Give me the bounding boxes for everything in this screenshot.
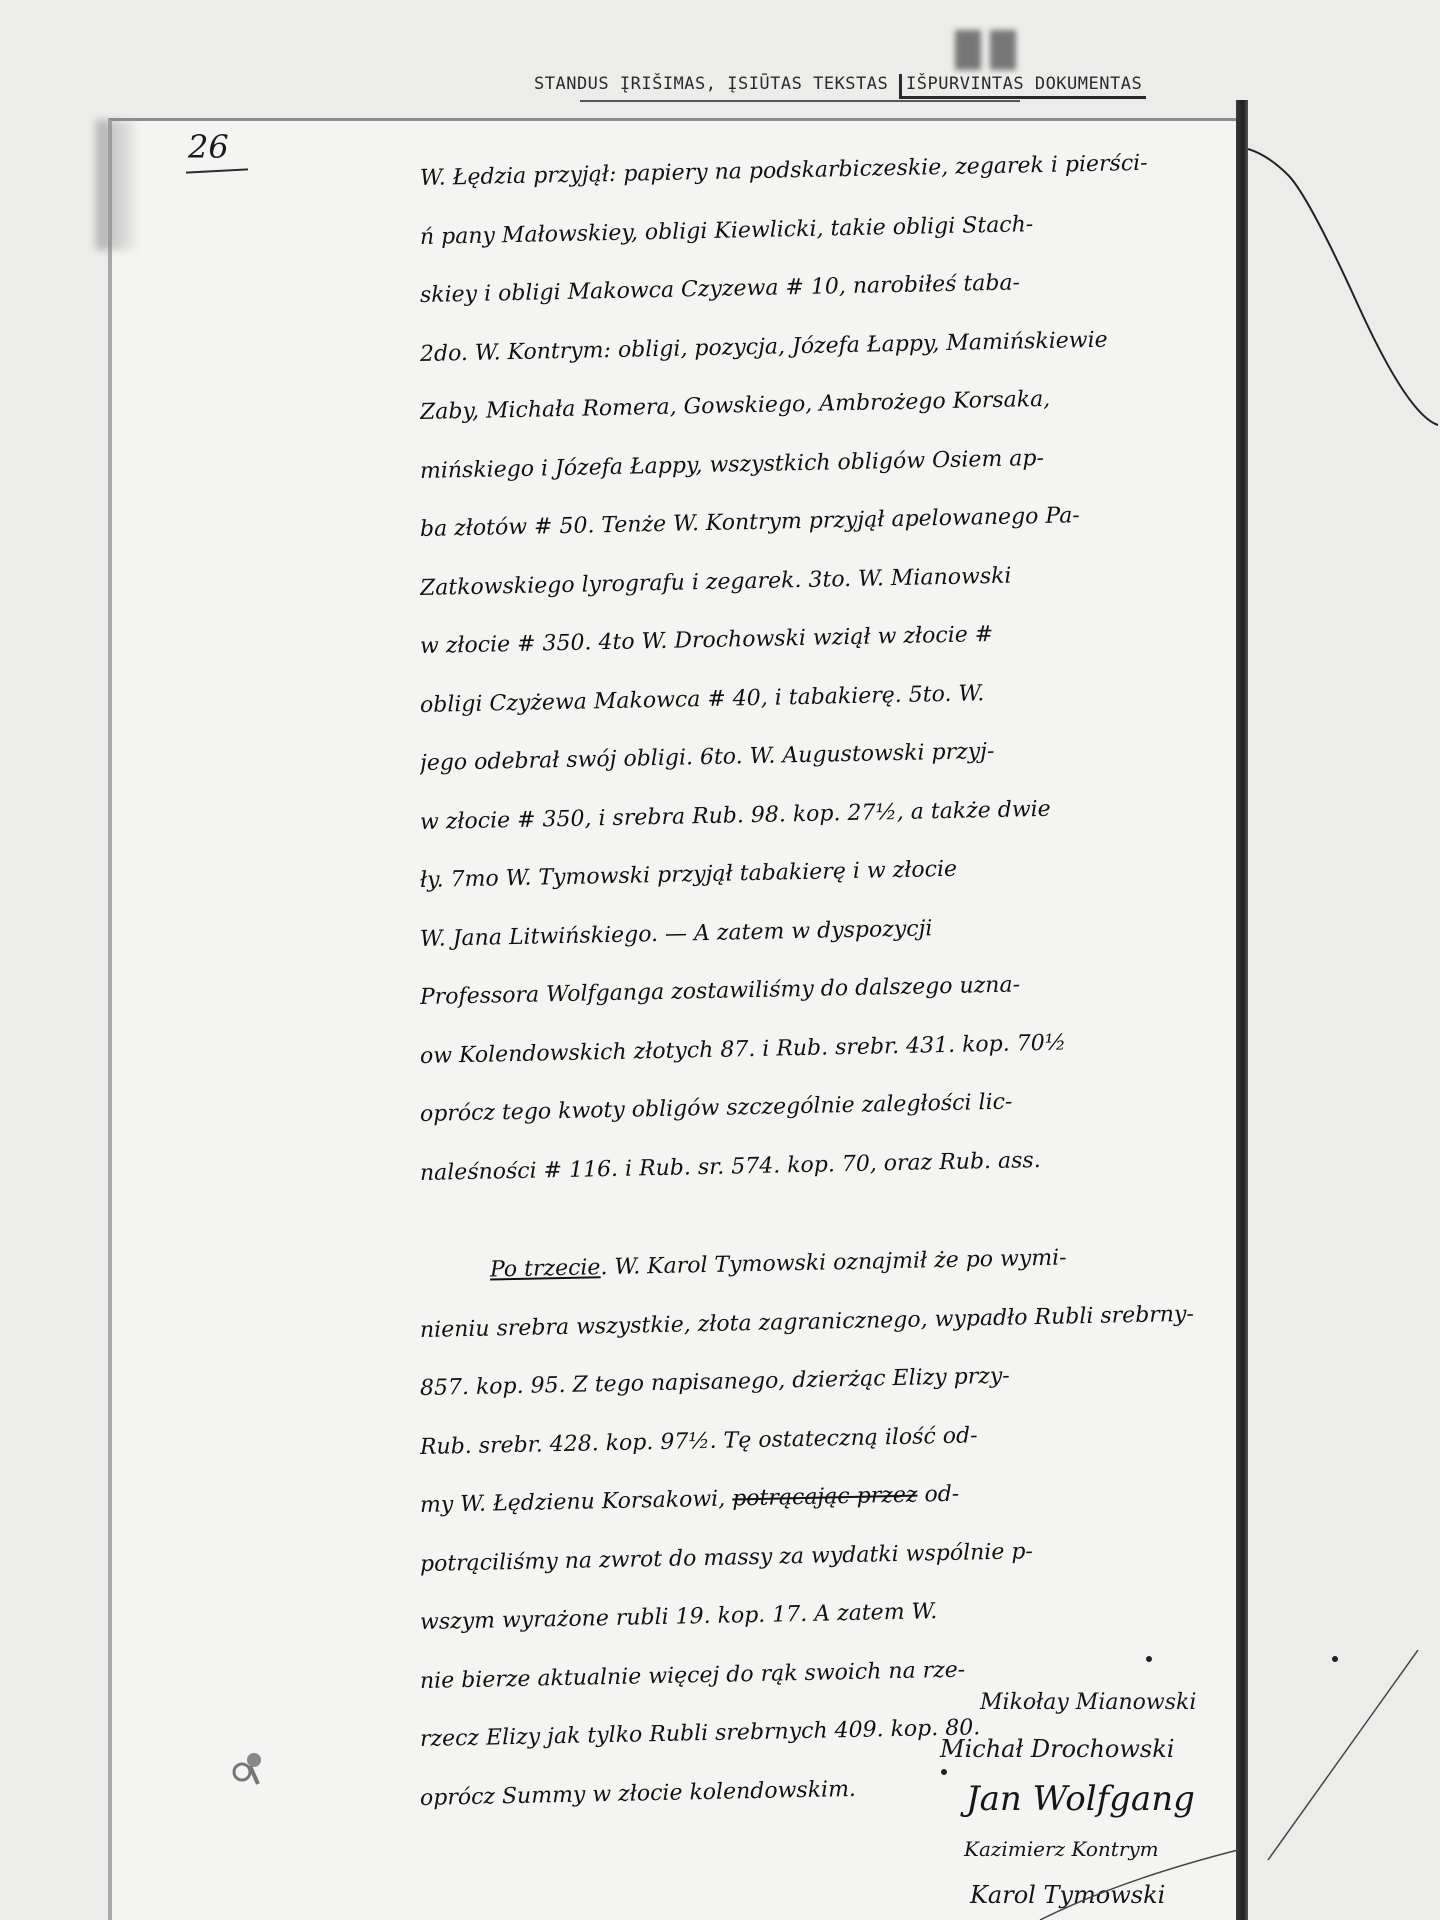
ink-dot [1146, 1656, 1152, 1662]
archival-header-stamp: STANDUS ĮRIŠIMAS, ĮSIŪTAS TEKSTAS IŠPURV… [534, 74, 1146, 94]
binding-smudge [955, 30, 981, 70]
stamp-underline [580, 100, 1020, 102]
signature-flourish [1000, 1680, 1240, 1920]
stamp-text-boxed: IŠPURVINTAS DOKUMENTAS [899, 74, 1146, 99]
stamp-text-plain: STANDUS ĮRIŠIMAS, ĮSIŪTAS TEKSTAS [534, 74, 888, 94]
section-heading: Po trzecie [490, 1255, 601, 1282]
manuscript-body: W. Łędzia przyjął: papiery na podskarbic… [420, 150, 1240, 1828]
ink-dot [941, 1769, 947, 1775]
ink-blot-icon [232, 1748, 266, 1788]
scanned-document: STANDUS ĮRIŠIMAS, ĮSIŪTAS TEKSTAS IŠPURV… [0, 0, 1440, 1920]
ink-dot [1332, 1656, 1338, 1662]
worn-corner [96, 120, 136, 250]
pencil-diagonal-stroke [1248, 145, 1440, 445]
struck-out-text: potrącając przez [732, 1483, 918, 1512]
margin-pencil-line [1248, 1650, 1440, 1920]
binding-gutter-line [1236, 100, 1248, 1920]
page-number: 26 [188, 128, 229, 166]
binding-smudge [990, 30, 1016, 70]
